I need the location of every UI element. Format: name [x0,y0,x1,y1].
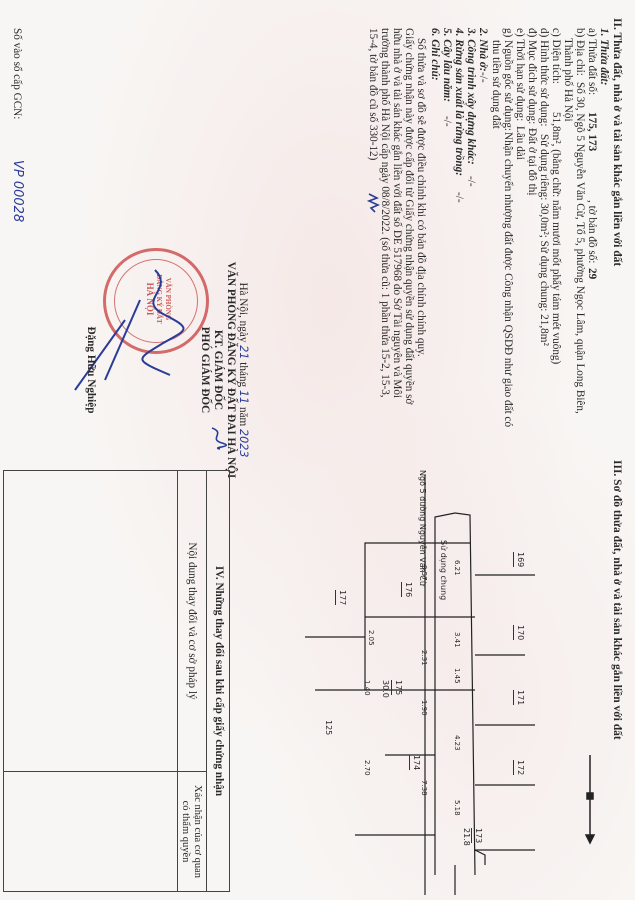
area-value: 51,8m², (bằng chữ: năm mươi mốt phẩy tám… [549,112,562,364]
shared-use-label: Sử dụng chung [437,540,450,600]
other-construction-label: 3. Công trình xây dựng khác: [464,28,477,165]
date-day: 21 [237,345,250,359]
year-label: năm [237,407,249,426]
house-label: 2. Nhà ở: [476,28,489,72]
parcel-number-label: a) Thửa đất số: [585,28,598,95]
date-month: 11 [237,390,250,404]
dimension-label: 2.31 [417,650,430,666]
parcel-label: 171 [513,690,527,705]
dimension-label: 5.18 [450,800,463,816]
place-date: Hà Nội, ngày 21 tháng 11 năm 2023 [236,250,250,490]
parcel-label: 177 [335,590,349,605]
section2-title: II. Thửa đất, nhà ở và tài sản khác gắn … [610,18,623,266]
section2-sub1-title: 1. Thửa đất: [597,28,610,85]
map-sheet-label: , tờ bản đồ số: [585,200,598,263]
parcel-number-value: 175, 173 [585,112,598,151]
parcel-label: 170 [513,625,527,640]
initial-mark-icon [204,425,230,451]
map-sheet-value: 29 [585,268,598,279]
dimension-label: 2.05 [364,630,377,646]
registry-label: Số vào sổ cấp GCN: [10,28,23,119]
origin-label: g) Nguồn gốc sử dụng: [501,28,514,131]
parcel-area: 21.8 [460,828,473,846]
planted-forest-label: 4. Rừng sản xuất là rừng trồng: [452,28,465,176]
address-label: b) Địa chỉ: [573,28,586,76]
address-value-line2: Thành phố Hà Nội [561,38,574,122]
duration-label: e) Thời hạn sử dụng: [513,28,526,121]
parcel-label: 173 [471,828,485,843]
section3-title: III. Sơ đồ thửa đất, nhà ở và tài sản kh… [610,460,623,740]
planted-forest-value: -/- [452,192,465,203]
notes-label: 6. Ghi chú: [428,28,441,81]
signer-name: Đặng Hữu Nghiệp [84,250,97,490]
month-label: tháng [237,362,249,387]
col2-header-line1: Xác nhận của cơ quan [191,772,204,891]
col2-header-line2: có thẩm quyền [179,772,192,891]
certificate-page: II. Thửa đất, nhà ở và tài sản khác gắn … [0,0,635,900]
registry-value: VP 00028 [11,160,24,222]
col1-header-text: Nội dung thay đổi và cơ sở pháp lý [185,471,198,771]
parcel-area: 30.0 [379,680,392,698]
purpose-label: đ) Mục đích sử dụng: [525,28,538,124]
dimension-label: 3.41 [450,632,463,648]
section4-title: IV. Những thay đổi sau khi cấp giấy chứn… [212,471,225,891]
house-value: -/- [476,72,489,83]
dimension-label: 6.21 [450,560,463,576]
parcel-label: 172 [513,760,527,775]
origin-value-line1: Nhận chuyển nhượng đất được Công nhận QS… [501,132,514,427]
dimension-label: 2.70 [360,760,373,776]
parcel-diagram [285,455,605,895]
changes-col2-body [3,771,178,892]
duration-value: Lâu dài [513,126,526,160]
dimension-label: 1.45 [450,668,463,684]
address-value-line1: Số 30, Ngõ 5 Nguyễn Văn Cừ, Tổ 5, phường… [573,82,586,414]
rotated-content: II. Thửa đất, nhà ở và tài sản khác gắn … [0,0,635,900]
area-label: c) Diện tích: [549,28,562,84]
dimension-label: 4.23 [450,735,463,751]
note-line: hữu nhà ở và tài sản khác gắn liền với đ… [390,28,403,398]
note-line: Số thửa và sơ đồ sẽ được điều chỉnh khi … [414,38,427,357]
initial-mark-icon [365,192,381,214]
purpose-value: Đất ở tại đô thị [525,128,538,195]
note-line: Giấy chứng nhận này được cấp đổi từ Giấy… [402,28,415,404]
dimension-label: 1.40 [360,680,373,696]
changes-table: IV. Những thay đổi sau khi cấp giấy chứn… [3,470,230,892]
date-year: 2023 [237,429,250,457]
changes-col1-header: Nội dung thay đổi và cơ sở pháp lý [177,470,207,772]
parcel-label: 174 [409,755,423,770]
usage-form-value: Sử dụng riêng: 30,0m²; Sử dụng chung: 21… [537,134,550,346]
parcel-label: 175 [391,680,405,695]
changes-col1-body [3,470,178,772]
other-construction-value: -/- [464,176,477,187]
dimension-label: 9.57 [417,565,430,581]
dimension-label: 1.90 [417,700,430,716]
changes-col2-header: Xác nhận của cơ quan có thẩm quyền [177,771,207,892]
perennial-trees-value: -/- [440,116,453,127]
dimension-label: 7.38 [417,780,430,796]
date-prefix: Hà Nội, ngày [237,282,249,342]
origin-value-line2: thu tiền sử dụng đất [489,40,502,129]
perennial-trees-label: 5. Cây lâu năm: [440,28,453,102]
parcel-label: 176 [401,582,415,597]
parcel-label: 169 [513,552,527,567]
issuing-office: VĂN PHÒNG ĐĂNG KÝ ĐẤT ĐAI HÀ NỘI [224,250,237,490]
parcel-label: 125 [322,720,335,735]
usage-form-label: d) Hình thức sử dụng: [537,28,550,127]
note-line: 15-4, tờ bản đồ cũ số 330-12) [366,28,379,160]
